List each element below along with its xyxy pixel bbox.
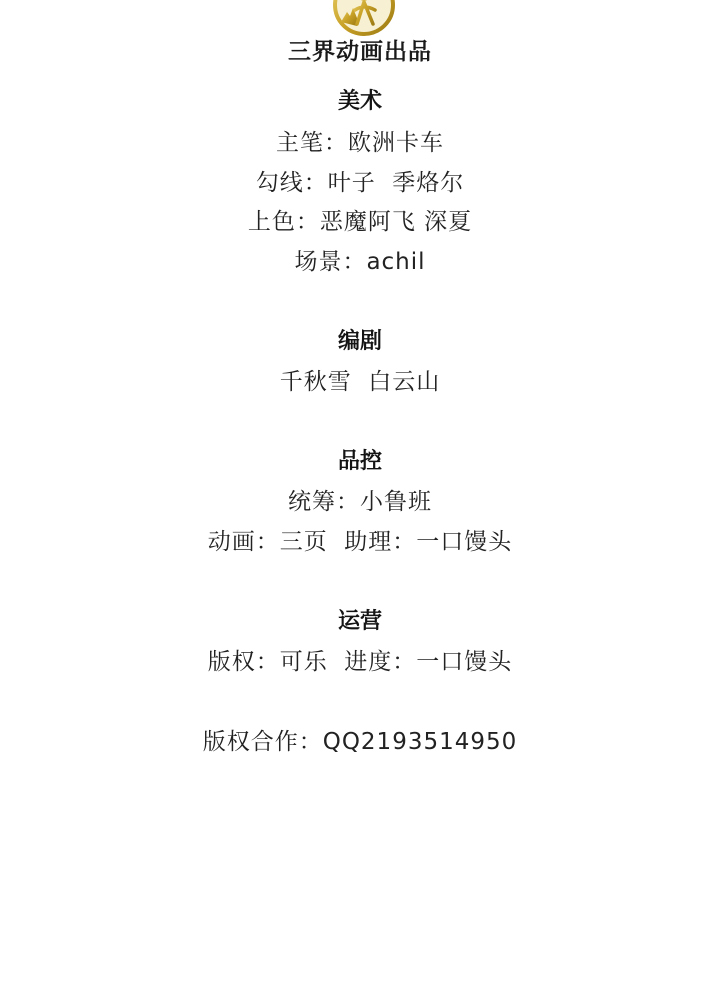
credit-line: 主笔：欧洲卡车 (0, 127, 720, 159)
credit-line: 场景：achil (0, 246, 720, 278)
studio-emblem-icon (333, 0, 395, 36)
credit-line: 统筹：小鲁班 (0, 486, 720, 518)
credit-line: 动画：三页 助理：一口馒头 (0, 526, 720, 558)
section-heading-quality-control: 品控 (0, 446, 720, 478)
section-heading-operations: 运营 (0, 606, 720, 638)
section-heading-script: 编剧 (0, 326, 720, 358)
credit-line: 上色：恶魔阿飞 深夏 (0, 206, 720, 238)
section-heading-art: 美术 (0, 86, 720, 118)
studio-name: 三界动画出品 (0, 36, 720, 68)
credit-line: 版权：可乐 进度：一口馒头 (0, 646, 720, 678)
copyright-contact: 版权合作：QQ2193514950 (0, 726, 720, 758)
credit-line: 勾线：叶子 季烙尔 (0, 167, 720, 199)
credit-line: 千秋雪 白云山 (0, 366, 720, 398)
